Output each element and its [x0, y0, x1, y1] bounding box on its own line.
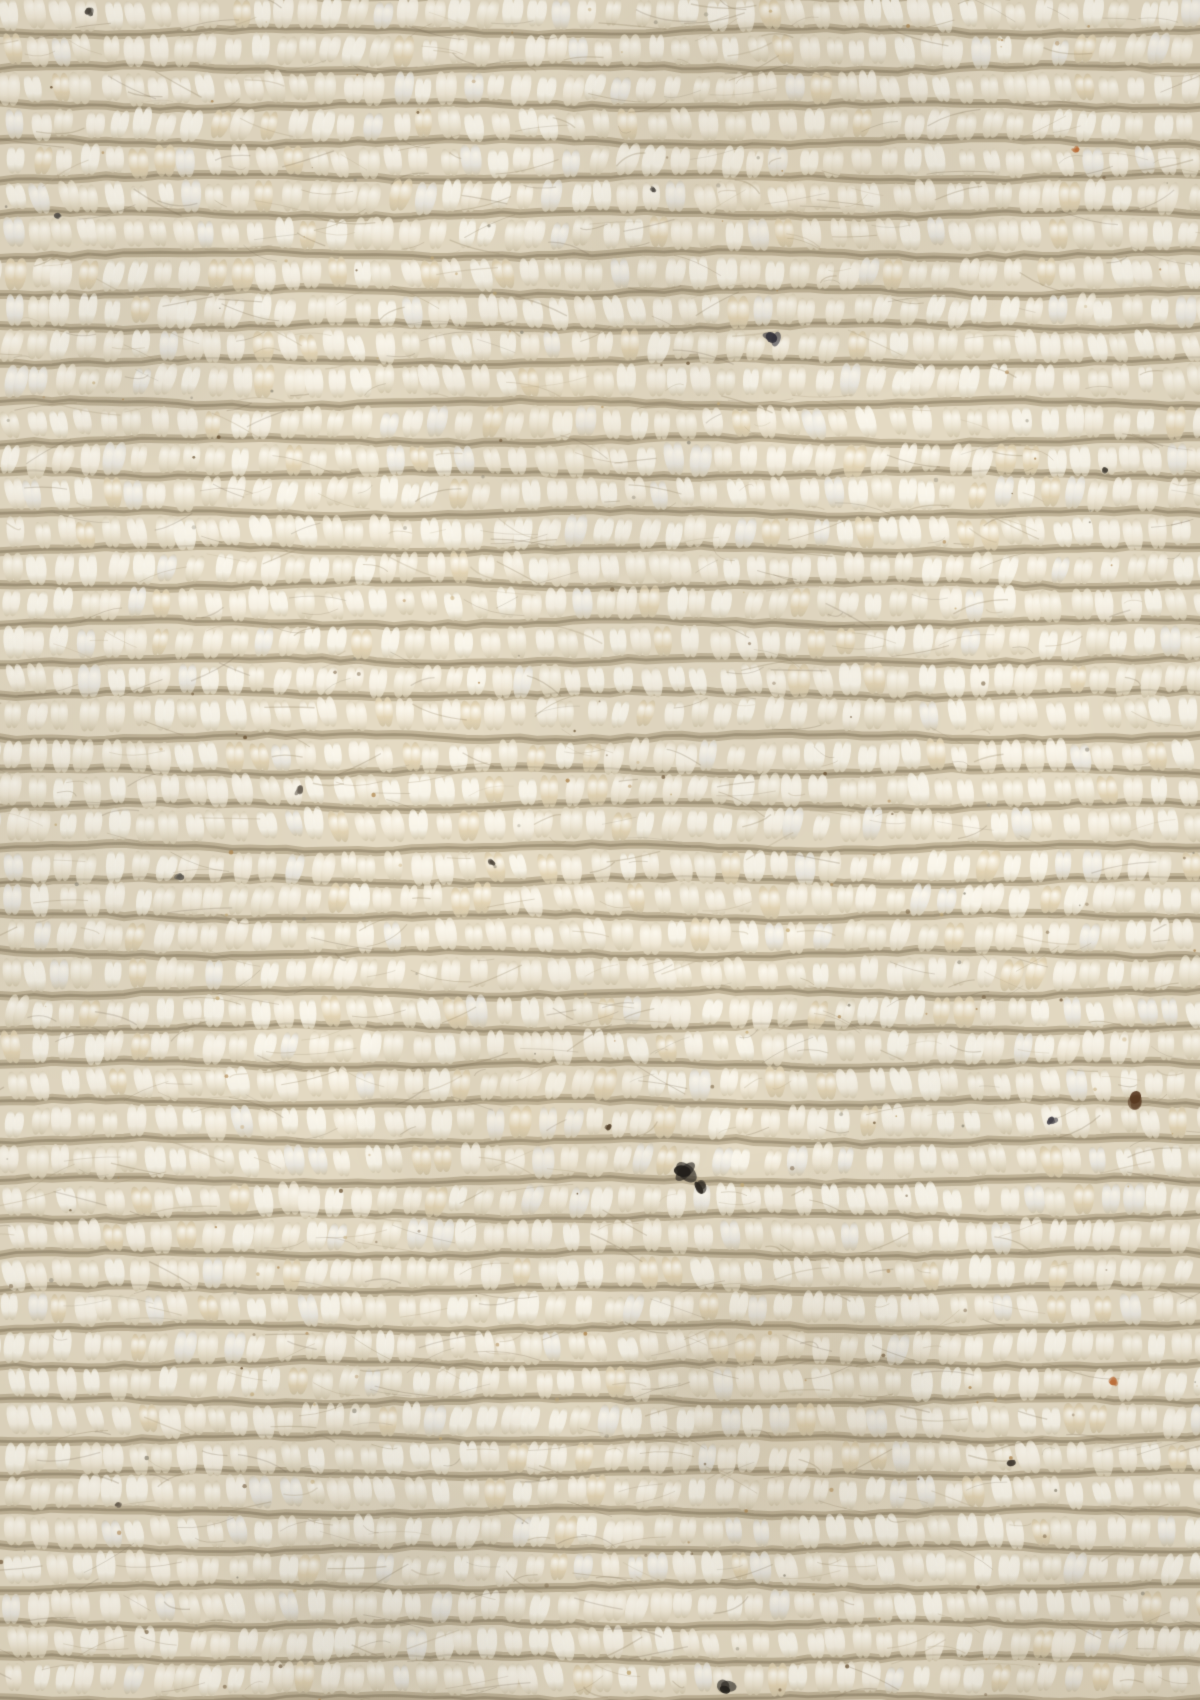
carpet-texture-photo [0, 0, 1200, 1700]
photo-page [0, 0, 1200, 1700]
carpet-texture-canvas [0, 0, 1200, 1700]
